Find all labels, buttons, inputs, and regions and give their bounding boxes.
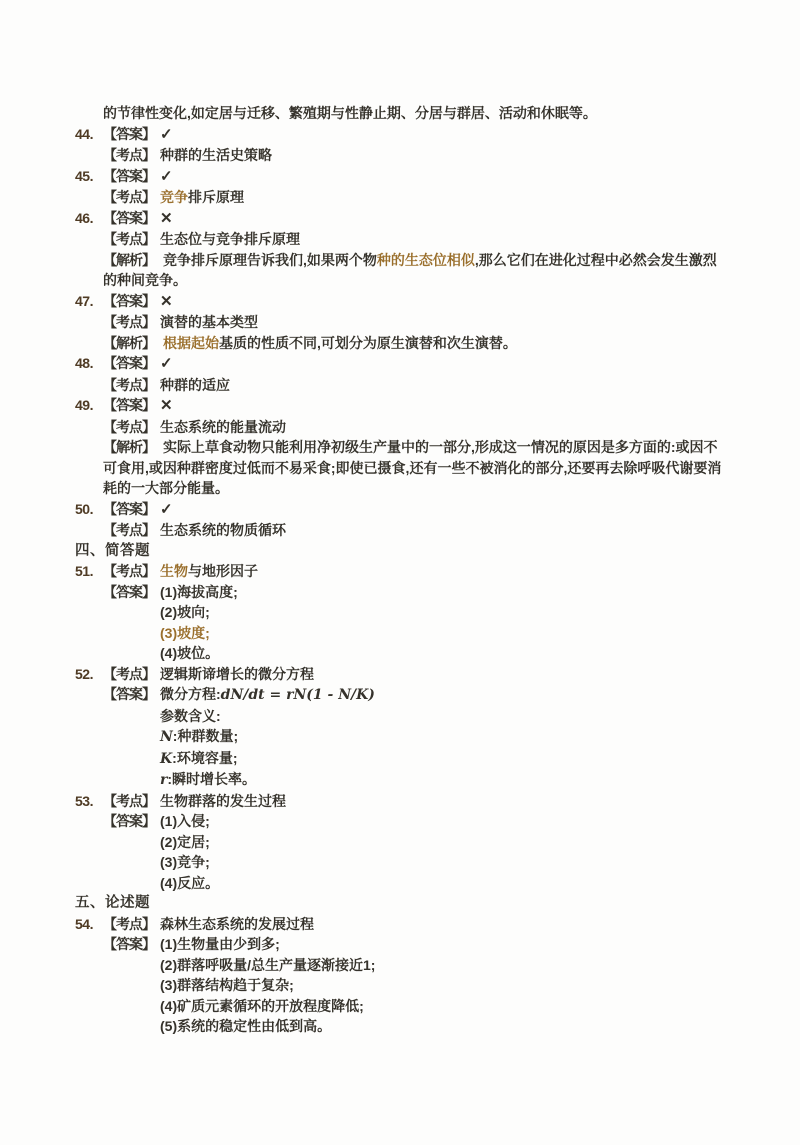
section-header-essay: 五、论述题 bbox=[75, 893, 728, 914]
param-k-desc: :环境容量; bbox=[172, 750, 237, 766]
answer-mark: ✕ bbox=[160, 396, 728, 417]
answer-row: 47. 【答案】 ✕ bbox=[75, 291, 728, 313]
item-50: 50. 【答案】 ✓ 【考点】 生态系统的物质循环 bbox=[75, 499, 728, 541]
answer-line-3: (3)竞争; bbox=[160, 852, 728, 873]
param-r-line: r:瞬时增长率。 bbox=[160, 769, 728, 791]
answer-row: 45. 【答案】 ✓ bbox=[75, 166, 728, 188]
item-number: 52. bbox=[75, 664, 103, 685]
answer-row: 参数含义: bbox=[75, 706, 728, 727]
point-text: 生态系统的物质循环 bbox=[160, 520, 728, 541]
item-53: 53. 【考点】 生物群落的发生过程 【答案】 (1)入侵; (2)定居; (3… bbox=[75, 791, 728, 894]
answer-row: 【答案】 (1)海拔高度; bbox=[75, 582, 728, 603]
item-44: 44. 【答案】 ✓ 【考点】 种群的生活史策略 bbox=[75, 124, 728, 166]
point-text: 生物与地形因子 bbox=[160, 561, 728, 582]
point-label: 【考点】 bbox=[103, 664, 160, 685]
point-row: 【考点】 演替的基本类型 bbox=[75, 312, 728, 333]
param-k-var: K bbox=[160, 751, 172, 767]
point-label: 【考点】 bbox=[103, 914, 160, 935]
point-text: 生态系统的能量流动 bbox=[160, 417, 728, 438]
answer-row: r:瞬时增长率。 bbox=[75, 769, 728, 791]
answer-row: (3)竞争; bbox=[75, 852, 728, 873]
answer-mark: ✕ bbox=[160, 209, 728, 230]
param-heading: 参数含义: bbox=[160, 706, 728, 727]
answer-row: (4)坡位。 bbox=[75, 643, 728, 664]
continuation-line: 的节律性变化,如定居与迁移、繁殖期与性静止期、分居与群居、活动和休眠等。 bbox=[103, 103, 728, 124]
point-text: 种群的适应 bbox=[160, 375, 728, 396]
answer-label: 【答案】 bbox=[103, 395, 160, 416]
continuation-row: 的节律性变化,如定居与迁移、繁殖期与性静止期、分居与群居、活动和休眠等。 bbox=[75, 103, 728, 124]
item-number: 48. bbox=[75, 353, 103, 374]
answer-line-5: (5)系统的稳定性由低到高。 bbox=[160, 1016, 728, 1037]
point-label: 【考点】 bbox=[103, 417, 160, 438]
section-header-short-answer: 四、简答题 bbox=[75, 541, 728, 562]
point-row: 【考点】 种群的适应 bbox=[75, 375, 728, 396]
answer-line-4: (4)反应。 bbox=[160, 873, 728, 894]
analysis-text: 实际上草食动物只能利用净初级生产量中的一部分,形成这一情况的原因是多方面的:或因… bbox=[103, 439, 721, 496]
param-n-var: N bbox=[160, 729, 173, 745]
item-number: 54. bbox=[75, 914, 103, 935]
point-row: 54. 【考点】 森林生态系统的发展过程 bbox=[75, 914, 728, 935]
point-text: 种群的生活史策略 bbox=[160, 145, 728, 166]
item-52: 52. 【考点】 逻辑斯谛增长的微分方程 【答案】 微分方程:dN/dt = r… bbox=[75, 664, 728, 791]
analysis-label: 【解析】 bbox=[103, 252, 155, 268]
point-text: 生态位与竞争排斥原理 bbox=[160, 229, 728, 250]
answer-row: (2)定居; bbox=[75, 832, 728, 853]
answer-row: 【答案】 (1)入侵; bbox=[75, 811, 728, 832]
point-row: 53. 【考点】 生物群落的发生过程 bbox=[75, 791, 728, 812]
point-text-rest: 排斥原理 bbox=[188, 189, 244, 205]
answer-row: (4)反应。 bbox=[75, 873, 728, 894]
answer-label: 【答案】 bbox=[103, 124, 160, 145]
analysis-label: 【解析】 bbox=[103, 335, 155, 351]
point-label: 【考点】 bbox=[103, 145, 160, 166]
answer-label: 【答案】 bbox=[103, 499, 160, 520]
point-text: 生物群落的发生过程 bbox=[160, 791, 728, 812]
answer-row: 【答案】 (1)生物量由少到多; bbox=[75, 934, 728, 955]
analysis-label: 【解析】 bbox=[103, 439, 155, 455]
item-number: 46. bbox=[75, 208, 103, 229]
answer-label: 【答案】 bbox=[103, 353, 160, 374]
param-k-line: K:环境容量; bbox=[160, 748, 728, 770]
answer-line-4: (4)矿质元素循环的开放程度降低; bbox=[160, 996, 728, 1017]
analysis-paragraph: 【解析】竞争排斥原理告诉我们,如果两个物种的生态位相似,那么它们在进化过程中必然… bbox=[103, 250, 728, 291]
point-label: 【考点】 bbox=[103, 229, 160, 250]
point-label: 【考点】 bbox=[103, 791, 160, 812]
answer-row: 48. 【答案】 ✓ bbox=[75, 353, 728, 375]
answer-mark: ✕ bbox=[160, 292, 728, 313]
item-number: 53. bbox=[75, 791, 103, 812]
answer-mark: ✓ bbox=[160, 354, 728, 375]
point-label: 【考点】 bbox=[103, 520, 160, 541]
answer-label: 【答案】 bbox=[103, 934, 160, 955]
answer-label: 【答案】 bbox=[103, 166, 160, 187]
answer-mark: ✓ bbox=[160, 167, 728, 188]
answer-line-1: (1)海拔高度; bbox=[160, 582, 728, 603]
answer-row: (5)系统的稳定性由低到高。 bbox=[75, 1016, 728, 1037]
point-text: 逻辑斯谛增长的微分方程 bbox=[160, 664, 728, 685]
formula-line: 微分方程:dN/dt = rN(1 - N/K) bbox=[160, 684, 728, 706]
item-number: 44. bbox=[75, 124, 103, 145]
item-number: 47. bbox=[75, 291, 103, 312]
point-label: 【考点】 bbox=[103, 375, 160, 396]
answer-row: (3)群落结构趋于复杂; bbox=[75, 975, 728, 996]
item-51: 51. 【考点】 生物与地形因子 【答案】 (1)海拔高度; (2)坡向; (3… bbox=[75, 561, 728, 664]
item-number: 51. bbox=[75, 561, 103, 582]
answer-row: (2)坡向; bbox=[75, 602, 728, 623]
point-label: 【考点】 bbox=[103, 312, 160, 333]
answer-row: 【答案】 微分方程:dN/dt = rN(1 - N/K) bbox=[75, 684, 728, 706]
answer-row: (2)群落呼吸量/总生产量逐渐接近1; bbox=[75, 955, 728, 976]
item-49: 49. 【答案】 ✕ 【考点】 生态系统的能量流动 【解析】实际上草食动物只能利… bbox=[75, 395, 728, 499]
formula-label: 微分方程: bbox=[160, 686, 221, 702]
item-48: 48. 【答案】 ✓ 【考点】 种群的适应 bbox=[75, 353, 728, 395]
point-row: 【考点】 生态系统的物质循环 bbox=[75, 520, 728, 541]
point-text-rest: 与地形因子 bbox=[188, 563, 258, 579]
item-45: 45. 【答案】 ✓ 【考点】 竞争排斥原理 bbox=[75, 166, 728, 208]
point-text-highlight: 生物 bbox=[160, 563, 188, 579]
answer-row: 44. 【答案】 ✓ bbox=[75, 124, 728, 146]
param-n-line: N:种群数量; bbox=[160, 726, 728, 748]
analysis-paragraph: 【解析】根据起始基质的性质不同,可划分为原生演替和次生演替。 bbox=[103, 333, 728, 354]
answer-row: 46. 【答案】 ✕ bbox=[75, 208, 728, 230]
analysis-row: 【解析】根据起始基质的性质不同,可划分为原生演替和次生演替。 bbox=[75, 333, 728, 354]
analysis-row: 【解析】竞争排斥原理告诉我们,如果两个物种的生态位相似,那么它们在进化过程中必然… bbox=[75, 250, 728, 291]
answer-row: (4)矿质元素循环的开放程度降低; bbox=[75, 996, 728, 1017]
analysis-text-highlight: 种的生态位相似 bbox=[377, 252, 475, 268]
analysis-paragraph: 【解析】实际上草食动物只能利用净初级生产量中的一部分,形成这一情况的原因是多方面… bbox=[103, 437, 728, 499]
item-46: 46. 【答案】 ✕ 【考点】 生态位与竞争排斥原理 【解析】竞争排斥原理告诉我… bbox=[75, 208, 728, 291]
answer-row: 50. 【答案】 ✓ bbox=[75, 499, 728, 521]
param-n-desc: :种群数量; bbox=[173, 728, 238, 744]
answer-line-1: (1)入侵; bbox=[160, 811, 728, 832]
param-r-desc: :瞬时增长率。 bbox=[167, 771, 256, 787]
answer-line-3: (3)坡度; bbox=[160, 623, 728, 644]
point-text: 森林生态系统的发展过程 bbox=[160, 914, 728, 935]
item-number: 50. bbox=[75, 499, 103, 520]
analysis-text-pre: 竞争排斥原理告诉我们,如果两个物 bbox=[163, 252, 377, 268]
item-number: 45. bbox=[75, 166, 103, 187]
answer-mark: ✓ bbox=[160, 125, 728, 146]
answer-label: 【答案】 bbox=[103, 684, 160, 705]
answer-line-3: (3)群落结构趋于复杂; bbox=[160, 975, 728, 996]
point-text-highlight: 竞争 bbox=[160, 189, 188, 205]
item-number: 49. bbox=[75, 395, 103, 416]
point-label: 【考点】 bbox=[103, 187, 160, 208]
point-text: 演替的基本类型 bbox=[160, 312, 728, 333]
point-row: 52. 【考点】 逻辑斯谛增长的微分方程 bbox=[75, 664, 728, 685]
answer-key-page: 的节律性变化,如定居与迁移、繁殖期与性静止期、分居与群居、活动和休眠等。 44.… bbox=[0, 0, 800, 1145]
answer-row: K:环境容量; bbox=[75, 748, 728, 770]
point-label: 【考点】 bbox=[103, 561, 160, 582]
point-text: 竞争排斥原理 bbox=[160, 187, 728, 208]
point-row: 【考点】 生态系统的能量流动 bbox=[75, 417, 728, 438]
point-row: 【考点】 竞争排斥原理 bbox=[75, 187, 728, 208]
answer-label: 【答案】 bbox=[103, 208, 160, 229]
answer-row: 49. 【答案】 ✕ bbox=[75, 395, 728, 417]
point-row: 【考点】 生态位与竞争排斥原理 bbox=[75, 229, 728, 250]
analysis-row: 【解析】实际上草食动物只能利用净初级生产量中的一部分,形成这一情况的原因是多方面… bbox=[75, 437, 728, 499]
analysis-text-rest: 基质的性质不同,可划分为原生演替和次生演替。 bbox=[219, 335, 517, 351]
answer-label: 【答案】 bbox=[103, 811, 160, 832]
logistic-formula: dN/dt = rN(1 - N/K) bbox=[221, 687, 375, 703]
section-title: 五、论述题 bbox=[75, 893, 150, 914]
point-row: 【考点】 种群的生活史策略 bbox=[75, 145, 728, 166]
analysis-text-highlight: 根据起始 bbox=[163, 335, 219, 351]
item-47: 47. 【答案】 ✕ 【考点】 演替的基本类型 【解析】根据起始基质的性质不同,… bbox=[75, 291, 728, 354]
answer-mark: ✓ bbox=[160, 500, 728, 521]
point-row: 51. 【考点】 生物与地形因子 bbox=[75, 561, 728, 582]
section-title: 四、简答题 bbox=[75, 541, 150, 562]
item-54: 54. 【考点】 森林生态系统的发展过程 【答案】 (1)生物量由少到多; (2… bbox=[75, 914, 728, 1037]
answer-line-2: (2)定居; bbox=[160, 832, 728, 853]
answer-line-4: (4)坡位。 bbox=[160, 643, 728, 664]
answer-row: (3)坡度; bbox=[75, 623, 728, 644]
answer-label: 【答案】 bbox=[103, 291, 160, 312]
answer-line-1: (1)生物量由少到多; bbox=[160, 934, 728, 955]
answer-label: 【答案】 bbox=[103, 582, 160, 603]
answer-row: N:种群数量; bbox=[75, 726, 728, 748]
answer-line-2: (2)群落呼吸量/总生产量逐渐接近1; bbox=[160, 955, 728, 976]
answer-line-2: (2)坡向; bbox=[160, 602, 728, 623]
